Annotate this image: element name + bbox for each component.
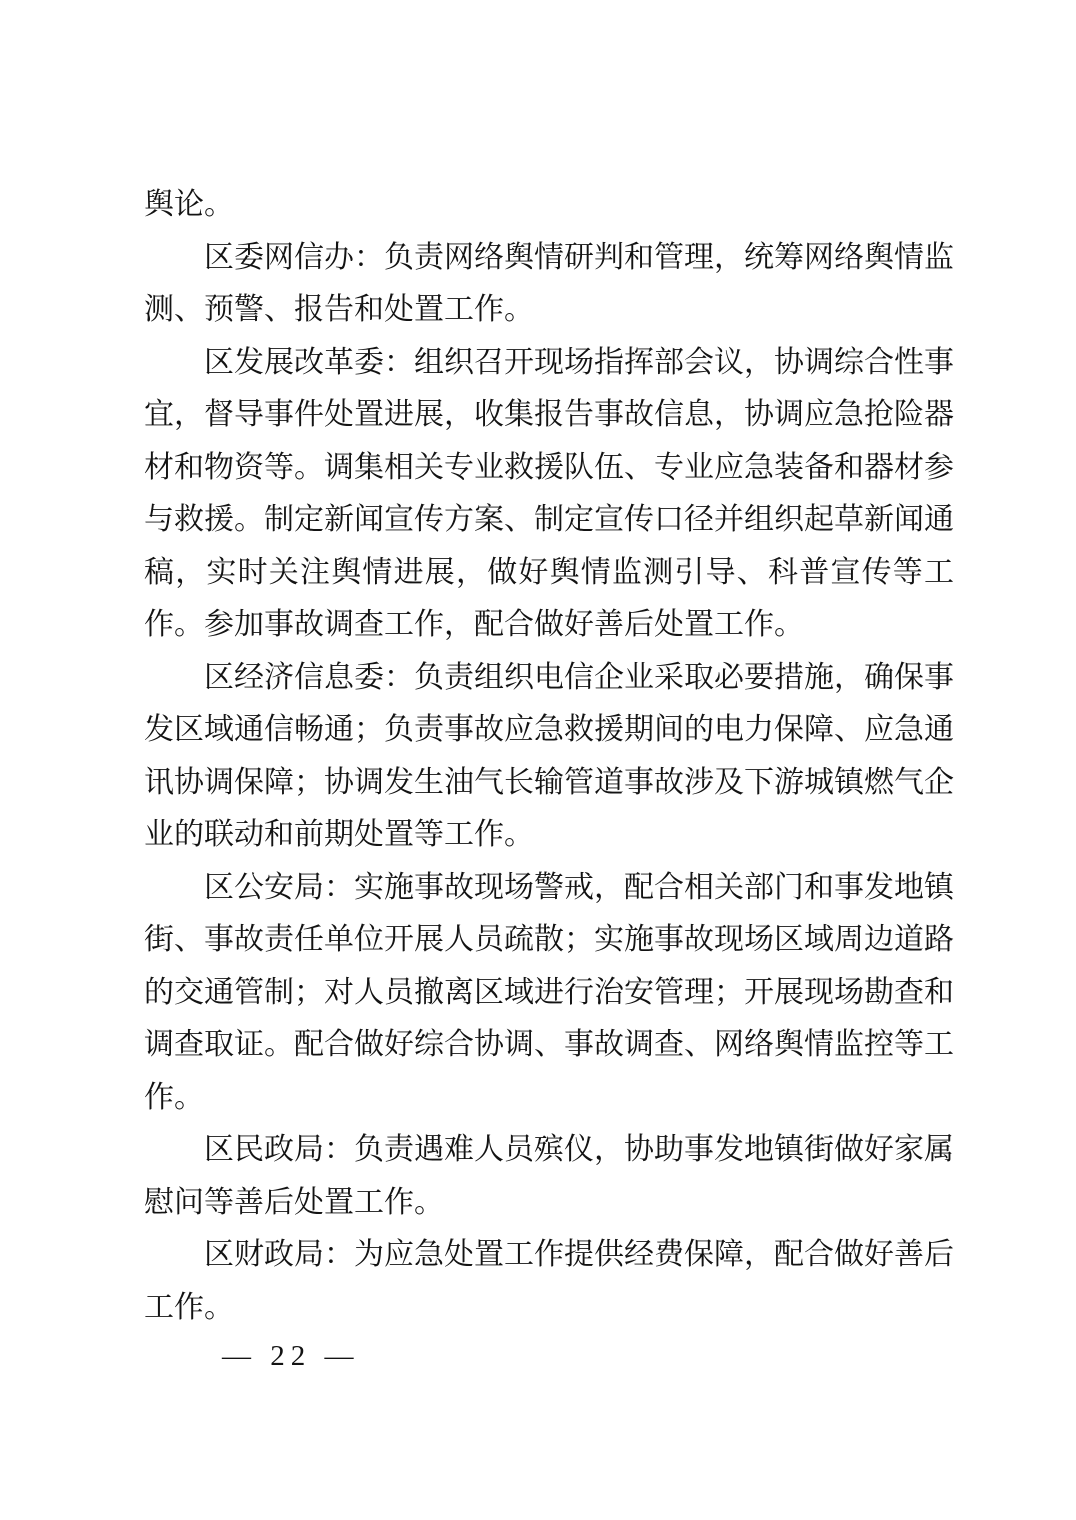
paragraph-development-reform-commission: 区发展改革委：组织召开现场指挥部会议，协调综合性事宜，督导事件处置进展，收集报告… — [144, 337, 954, 652]
paragraph-continuation: 舆论。 — [144, 179, 954, 232]
document-body: 舆论。 区委网信办：负责网络舆情研判和管理，统筹网络舆情监测、预警、报告和处置工… — [144, 179, 954, 1334]
paragraph-civil-affairs-bureau: 区民政局：负责遇难人员殡仪，协助事发地镇街做好家属慰问等善后处置工作。 — [144, 1124, 954, 1229]
paragraph-economy-information-commission: 区经济信息委：负责组织电信企业采取必要措施，确保事发区域通信畅通；负责事故应急救… — [144, 652, 954, 862]
paragraph-finance-bureau: 区财政局：为应急处置工作提供经费保障，配合做好善后工作。 — [144, 1229, 954, 1334]
paragraph-public-security-bureau: 区公安局：实施事故现场警戒，配合相关部门和事发地镇街、事故责任单位开展人员疏散；… — [144, 862, 954, 1125]
page-number: — 22 — — [222, 1334, 360, 1378]
document-page: 舆论。 区委网信办：负责网络舆情研判和管理，统筹网络舆情监测、预警、报告和处置工… — [0, 0, 1076, 1520]
paragraph-cyberspace-office: 区委网信办：负责网络舆情研判和管理，统筹网络舆情监测、预警、报告和处置工作。 — [144, 232, 954, 337]
